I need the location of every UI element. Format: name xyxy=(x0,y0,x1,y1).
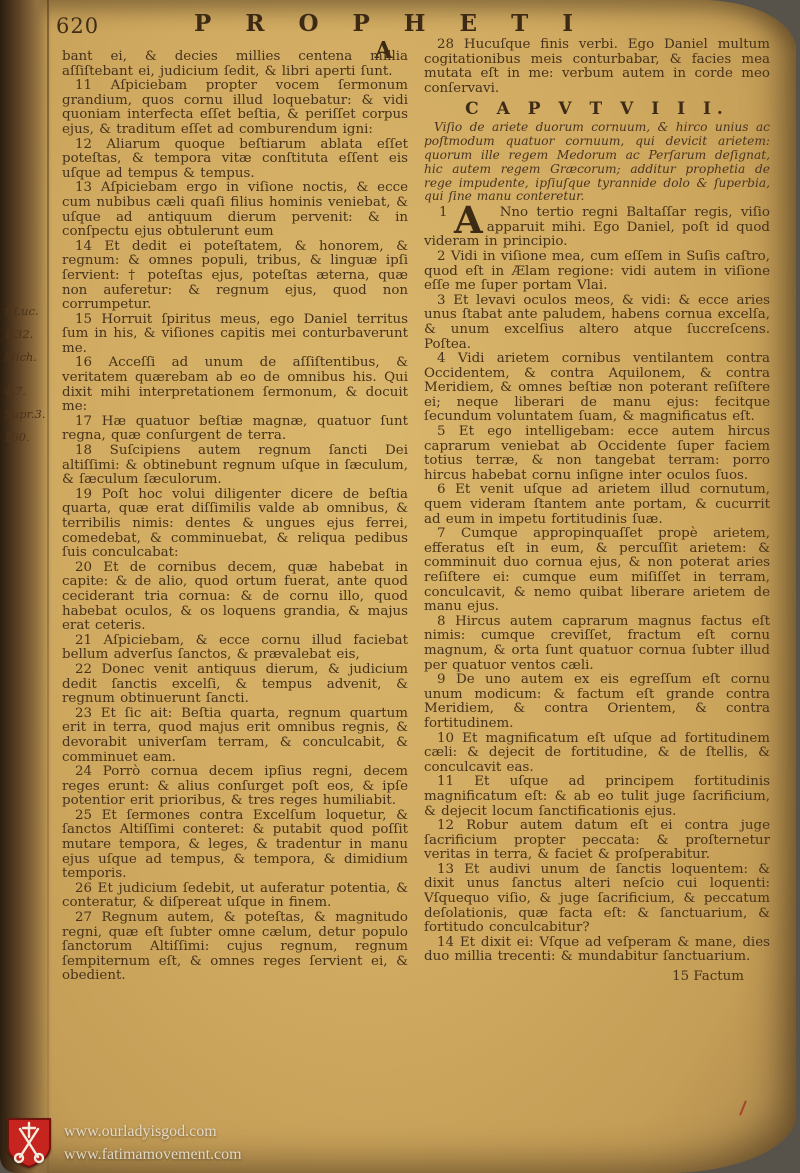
verse-7-19: 19 Poſt hoc volui diligenter dicere de b… xyxy=(62,488,408,561)
verse-8-10: 10 Et magnificatum eſt uſque ad fortitud… xyxy=(424,732,770,776)
verse-7-12: 12 Aliarum quoque beſtiarum ablata eſſet… xyxy=(62,138,408,182)
verse-8-1: 1ANno tertio regni Baltaſſar regis, viſi… xyxy=(424,206,770,250)
verse-7-26: 26 Et judicium ſedebit, ut auferatur pot… xyxy=(62,882,408,911)
verse-7-16: 16 Acceſſi ad unum de aſſiſtentibus, & v… xyxy=(62,356,408,414)
page-left-edge-shadow xyxy=(0,0,52,1173)
verse-8-13: 13 Et audivi unum de ſanctis loquentem: … xyxy=(424,863,770,936)
verse-7-14: 14 Et dedit ei poteſtatem, & honorem, & … xyxy=(62,240,408,313)
verse-8-9: 9 De uno autem ex eis egreſſum eſt cornu… xyxy=(424,673,770,731)
watermark-url-2: www.fatimamovement.com xyxy=(64,1143,242,1166)
chapter-heading: C A P V T V I I I. xyxy=(424,99,770,119)
margin-note: † Luc. xyxy=(4,300,60,323)
book-page-scan: 620 P R O P H E T I A † Luc. 1.32. Mich.… xyxy=(0,0,796,1173)
catchword: 15 Factum xyxy=(424,969,770,984)
verse-8-11: 11 Et uſque ad principem fortitudinis ma… xyxy=(424,775,770,819)
page-number: 620 xyxy=(56,14,99,38)
watermark-url-1: www.ourladyisgod.com xyxy=(64,1120,242,1143)
verse-7-15: 15 Horruit ſpiritus meus, ego Daniel ter… xyxy=(62,313,408,357)
verse-7-11: 11 Aſpiciebam propter vocem ſermonum gra… xyxy=(62,79,408,137)
verse-8-8: 8 Hircus autem caprarum magnus factus eſ… xyxy=(424,615,770,673)
verse-8-14: 14 Et dixit ei: Vſque ad veſperam & mane… xyxy=(424,936,770,965)
verse-7-22: 22 Donec venit antiquus dierum, & judici… xyxy=(62,663,408,707)
watermark-text: www.ourladyisgod.com www.fatimamovement.… xyxy=(64,1120,242,1166)
margin-note: Supr.3. xyxy=(4,403,60,426)
verse-7-23: 23 Et ſic ait: Beſtia quarta, regnum qua… xyxy=(62,707,408,765)
verse-7-25: 25 Et ſermones contra Excelſum loquetur,… xyxy=(62,809,408,882)
right-text-column: 28 Hucuſque finis verbi. Ego Daniel mult… xyxy=(424,38,770,1130)
verse-number: 1 xyxy=(426,206,448,221)
left-text-column: bant ei, & decies millies centena millia… xyxy=(62,50,408,1116)
verse-7-20: 20 Et de cornibus decem, quæ habebat in … xyxy=(62,561,408,634)
margin-cross-references: † Luc. 1.32. Mich. 4.7. Supr.3. 100. xyxy=(4,300,60,449)
verse-8-12: 12 Robur autem datum eſt ei contra juge … xyxy=(424,819,770,863)
verse-8-6: 6 Et venit uſque ad arietem illud cornut… xyxy=(424,483,770,527)
verse-8-3: 3 Et levavi oculos meos, & vidi: & ecce … xyxy=(424,294,770,352)
margin-note: Mich. xyxy=(4,346,60,369)
verse-7-10-continuation: bant ei, & decies millies centena millia… xyxy=(62,50,408,79)
verse-7-24: 24 Porrò cornua decem ipſius regni, dece… xyxy=(62,765,408,809)
verse-8-2: 2 Vidi in viſione mea, cum eſſem in Suſi… xyxy=(424,250,770,294)
verse-7-17: 17 Hæ quatuor beſtiæ magnæ, quatuor ſunt… xyxy=(62,415,408,444)
verse-7-28: 28 Hucuſque finis verbi. Ego Daniel mult… xyxy=(424,38,770,96)
verse-8-4: 4 Vidi arietem cornibus ventilantem cont… xyxy=(424,352,770,425)
chapter-argument: Viſio de ariete duorum cornuum, & hirco … xyxy=(424,121,770,204)
verse-7-13: 13 Aſpiciebam ergo in viſione noctis, & … xyxy=(62,181,408,239)
verse-8-7: 7 Cumque appropinquaſſet propè arietem, … xyxy=(424,527,770,615)
page-crease-line xyxy=(47,0,49,1173)
verse-8-5: 5 Et ego intelligebam: ecce autem hircus… xyxy=(424,425,770,483)
page-header: 620 P R O P H E T I A xyxy=(0,6,796,42)
margin-note: 1.32. xyxy=(4,323,60,346)
verse-7-27: 27 Regnum autem, & poteſtas, & magnitudo… xyxy=(62,911,408,984)
shield-keys-logo-icon xyxy=(6,1117,52,1169)
verse-7-18: 18 Suſcipiens autem regnum ſancti Dei al… xyxy=(62,444,408,488)
margin-note: 100. xyxy=(4,426,60,449)
verse-7-21: 21 Aſpiciebam, & ecce cornu illud facieb… xyxy=(62,634,408,663)
watermark: www.ourladyisgod.com www.fatimamovement.… xyxy=(6,1117,242,1169)
margin-note: 4.7. xyxy=(4,380,60,403)
